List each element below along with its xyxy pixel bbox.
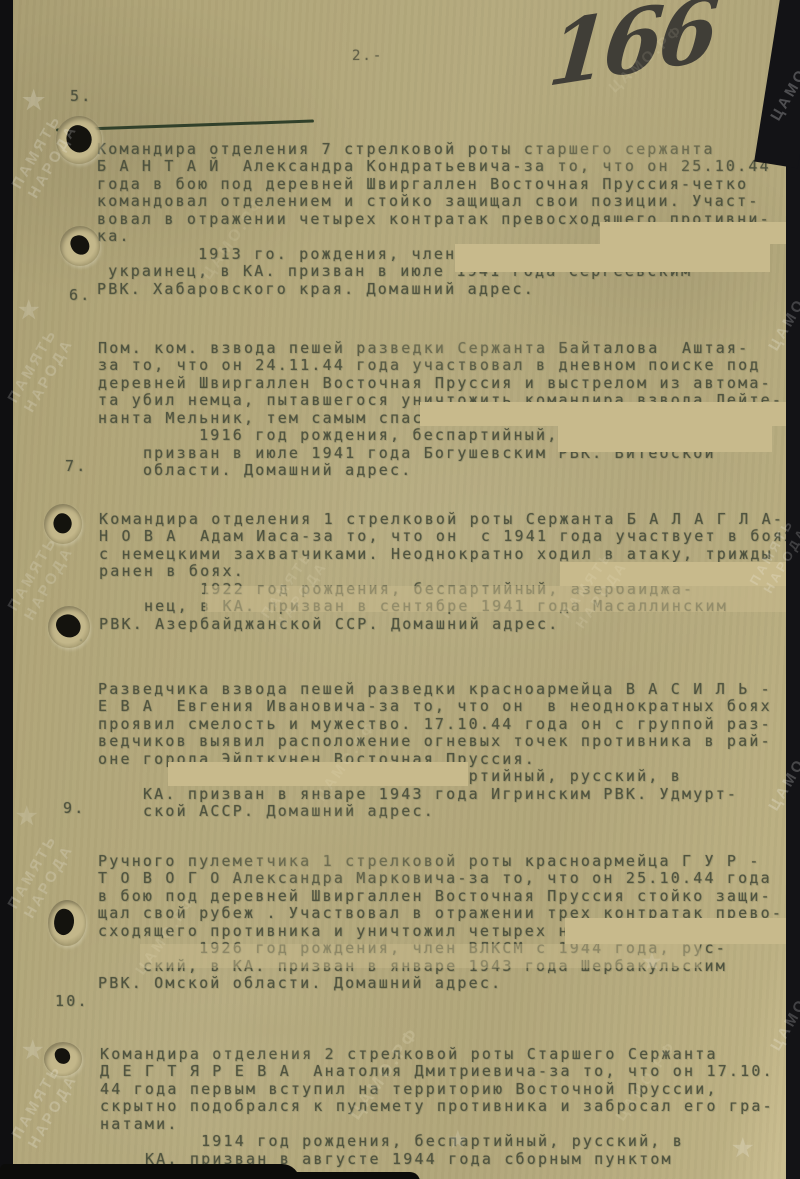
scan-edge-left [0, 0, 13, 1179]
section-text: Командира отделения 7 стрелковой роты ст… [97, 141, 797, 299]
hole-punch-center [62, 122, 96, 156]
scan-edge-bottom-left [0, 1164, 300, 1179]
redaction-bar [600, 222, 792, 244]
hole-punch [44, 1042, 82, 1076]
hole-punch-center [53, 610, 85, 642]
hole-punch [44, 504, 82, 544]
hole-punch-center [49, 510, 76, 537]
section-number: 6. [69, 287, 91, 305]
hole-punch [48, 900, 86, 946]
citation-section-5: 5. Командира отделения 7 стрелковой роты… [97, 88, 797, 316]
redaction-bar [560, 562, 792, 586]
section-number: 7. [65, 458, 87, 476]
hole-punch [48, 606, 90, 648]
scan-edge-right [786, 0, 800, 1179]
redaction-bar [565, 918, 792, 944]
redaction-bar [168, 762, 468, 786]
citation-section-7: 7. Командира отделения 1 стрелковой роты… [99, 458, 799, 651]
section-number: 9. [63, 800, 85, 818]
redaction-bar [140, 944, 700, 968]
hole-punch-center [54, 1047, 72, 1065]
redaction-bar [455, 244, 770, 272]
scan-edge-bottom [270, 1172, 420, 1179]
section-number: 5. [70, 88, 92, 106]
section-number: 10. [55, 993, 89, 1011]
hole-punch [60, 226, 100, 266]
redaction-bar [558, 426, 772, 452]
section-text: Командира отделения 2 стрелковой роты Ст… [100, 1046, 800, 1169]
page-number: 2.- [352, 48, 383, 64]
redaction-bar [205, 586, 790, 612]
hole-punch [56, 116, 102, 164]
redaction-bar [420, 402, 796, 426]
citation-section-9: 9. Ручного пулеметчика 1 стрелковой роты… [98, 800, 798, 1010]
citation-section-10: 10. Командира отделения 2 стрелковой рот… [100, 993, 800, 1179]
hole-punch-center [51, 907, 77, 937]
hole-punch-center [68, 233, 91, 258]
